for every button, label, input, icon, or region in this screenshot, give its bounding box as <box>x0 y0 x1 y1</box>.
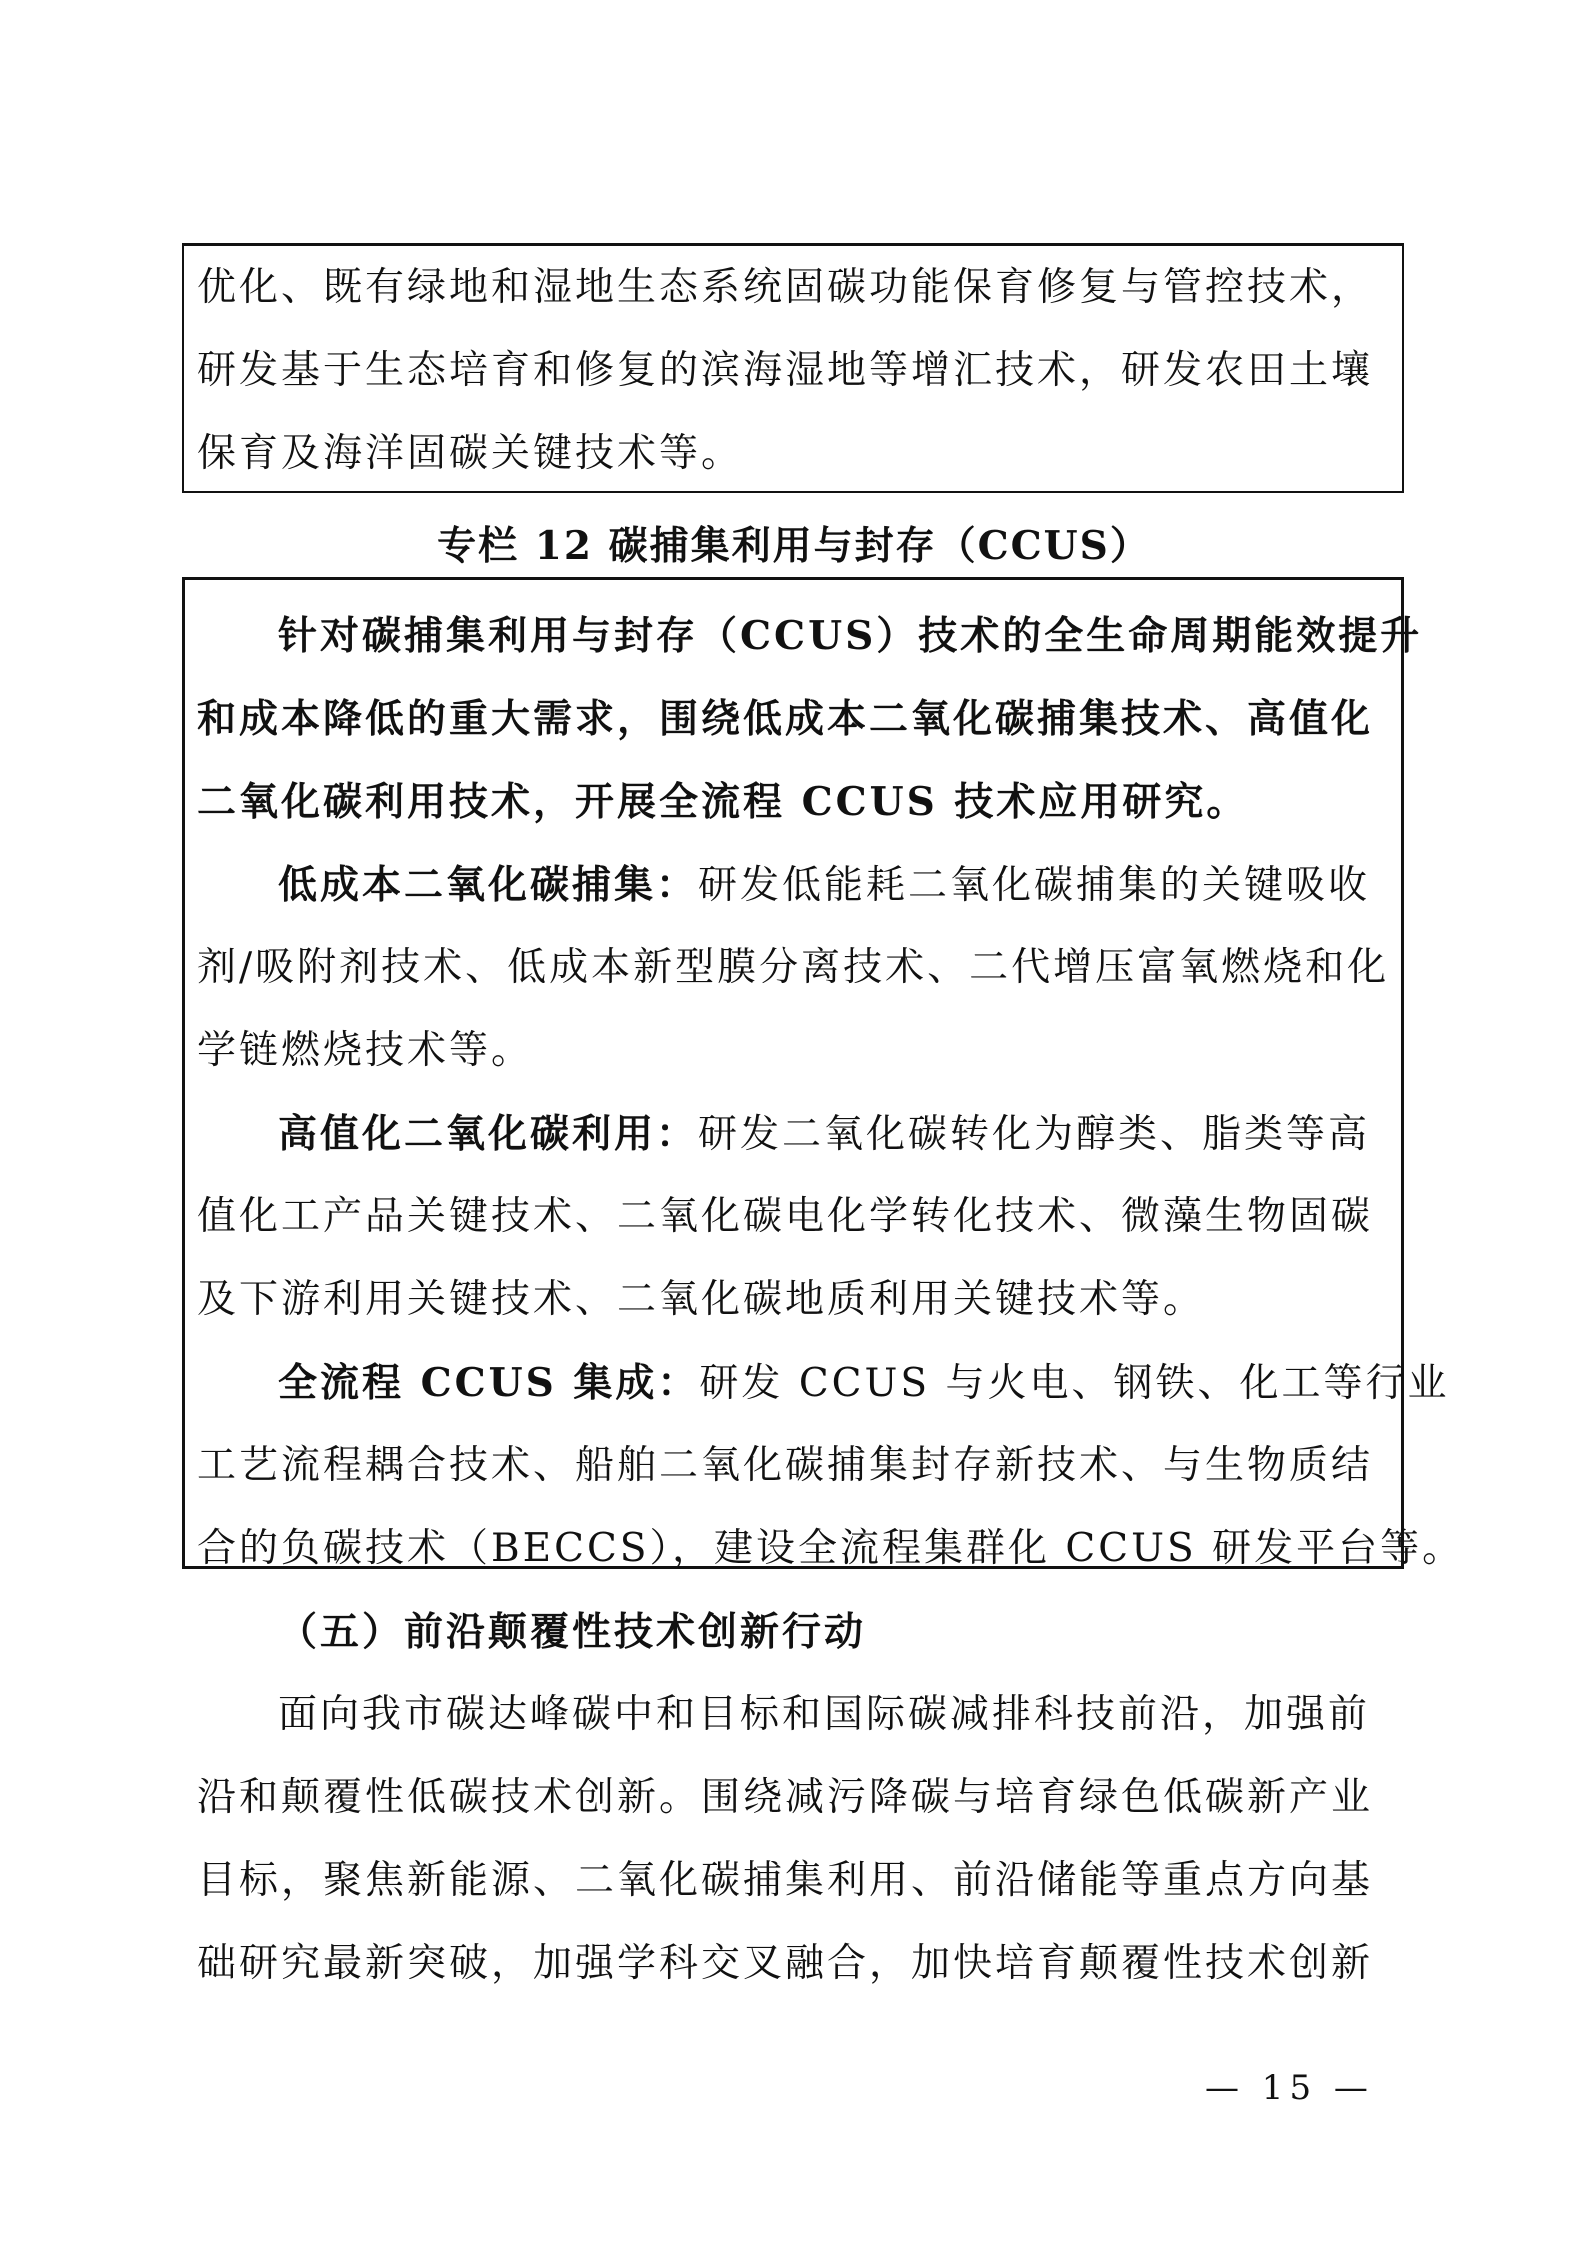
ccus-intro-line: 针对碳捕集利用与封存（CCUS）技术的全生命周期能效提升 <box>278 613 1422 659</box>
section-text: 研发二氧化碳转化为醇类、脂类等高 <box>698 1112 1370 1157</box>
section-heading: 全流程 CCUS 集成： <box>278 1360 699 1406</box>
body-line: 值化工产品关键技术、二氧化碳电化学转化技术、微藻生物固碳 <box>197 1194 1373 1240</box>
section-5-heading: （五）前沿颠覆性技术创新行动 <box>278 1609 866 1655</box>
ccus-intro-line: 二氧化碳利用技术，开展全流程 CCUS 技术应用研究。 <box>197 779 1248 825</box>
section-heading: 高值化二氧化碳利用： <box>278 1111 698 1157</box>
document-page: 优化、既有绿地和湿地生态系统固碳功能保育修复与管控技术， 研发基于生态培育和修复… <box>0 0 1588 2245</box>
ccus-section-capture: 低成本二氧化碳捕集：研发低能耗二氧化碳捕集的关键吸收 <box>278 862 1370 909</box>
ccus-intro-line: 和成本降低的重大需求，围绕低成本二氧化碳捕集技术、高值化 <box>197 696 1373 742</box>
body-line: 剂/吸附剂技术、低成本新型膜分离技术、二代增压富氧燃烧和化 <box>197 945 1389 991</box>
body-line: 优化、既有绿地和湿地生态系统固碳功能保育修复与管控技术， <box>197 265 1373 311</box>
section-heading: 低成本二氧化碳捕集： <box>278 862 698 908</box>
body-line: 保育及海洋固碳关键技术等。 <box>197 431 743 477</box>
column-title: 专栏 12 碳捕集利用与封存（CCUS） <box>0 523 1588 569</box>
body-line: 及下游利用关键技术、二氧化碳地质利用关键技术等。 <box>197 1277 1205 1323</box>
body-line: 研发基于生态培育和修复的滨海湿地等增汇技术，研发农田土壤 <box>197 348 1373 394</box>
body-line: 沿和颠覆性低碳技术创新。围绕减污降碳与培育绿色低碳新产业 <box>197 1775 1373 1821</box>
body-line: 合的负碳技术（BECCS），建设全流程集群化 CCUS 研发平台等。 <box>197 1526 1464 1572</box>
section-text: 研发低能耗二氧化碳捕集的关键吸收 <box>698 863 1370 908</box>
body-line: 面向我市碳达峰碳中和目标和国际碳减排科技前沿，加强前 <box>278 1692 1370 1738</box>
ccus-section-integration: 全流程 CCUS 集成：研发 CCUS 与火电、钢铁、化工等行业 <box>278 1360 1449 1407</box>
page-number: — 15 — <box>1205 2068 1374 2108</box>
body-line: 工艺流程耦合技术、船舶二氧化碳捕集封存新技术、与生物质结 <box>197 1443 1373 1489</box>
body-line: 学链燃烧技术等。 <box>197 1028 533 1074</box>
ccus-section-utilization: 高值化二氧化碳利用：研发二氧化碳转化为醇类、脂类等高 <box>278 1111 1370 1158</box>
section-text: 研发 CCUS 与火电、钢铁、化工等行业 <box>699 1361 1449 1406</box>
body-line: 目标，聚焦新能源、二氧化碳捕集利用、前沿储能等重点方向基 <box>197 1858 1373 1904</box>
body-line: 础研究最新突破，加强学科交叉融合，加快培育颠覆性技术创新 <box>197 1941 1373 1987</box>
